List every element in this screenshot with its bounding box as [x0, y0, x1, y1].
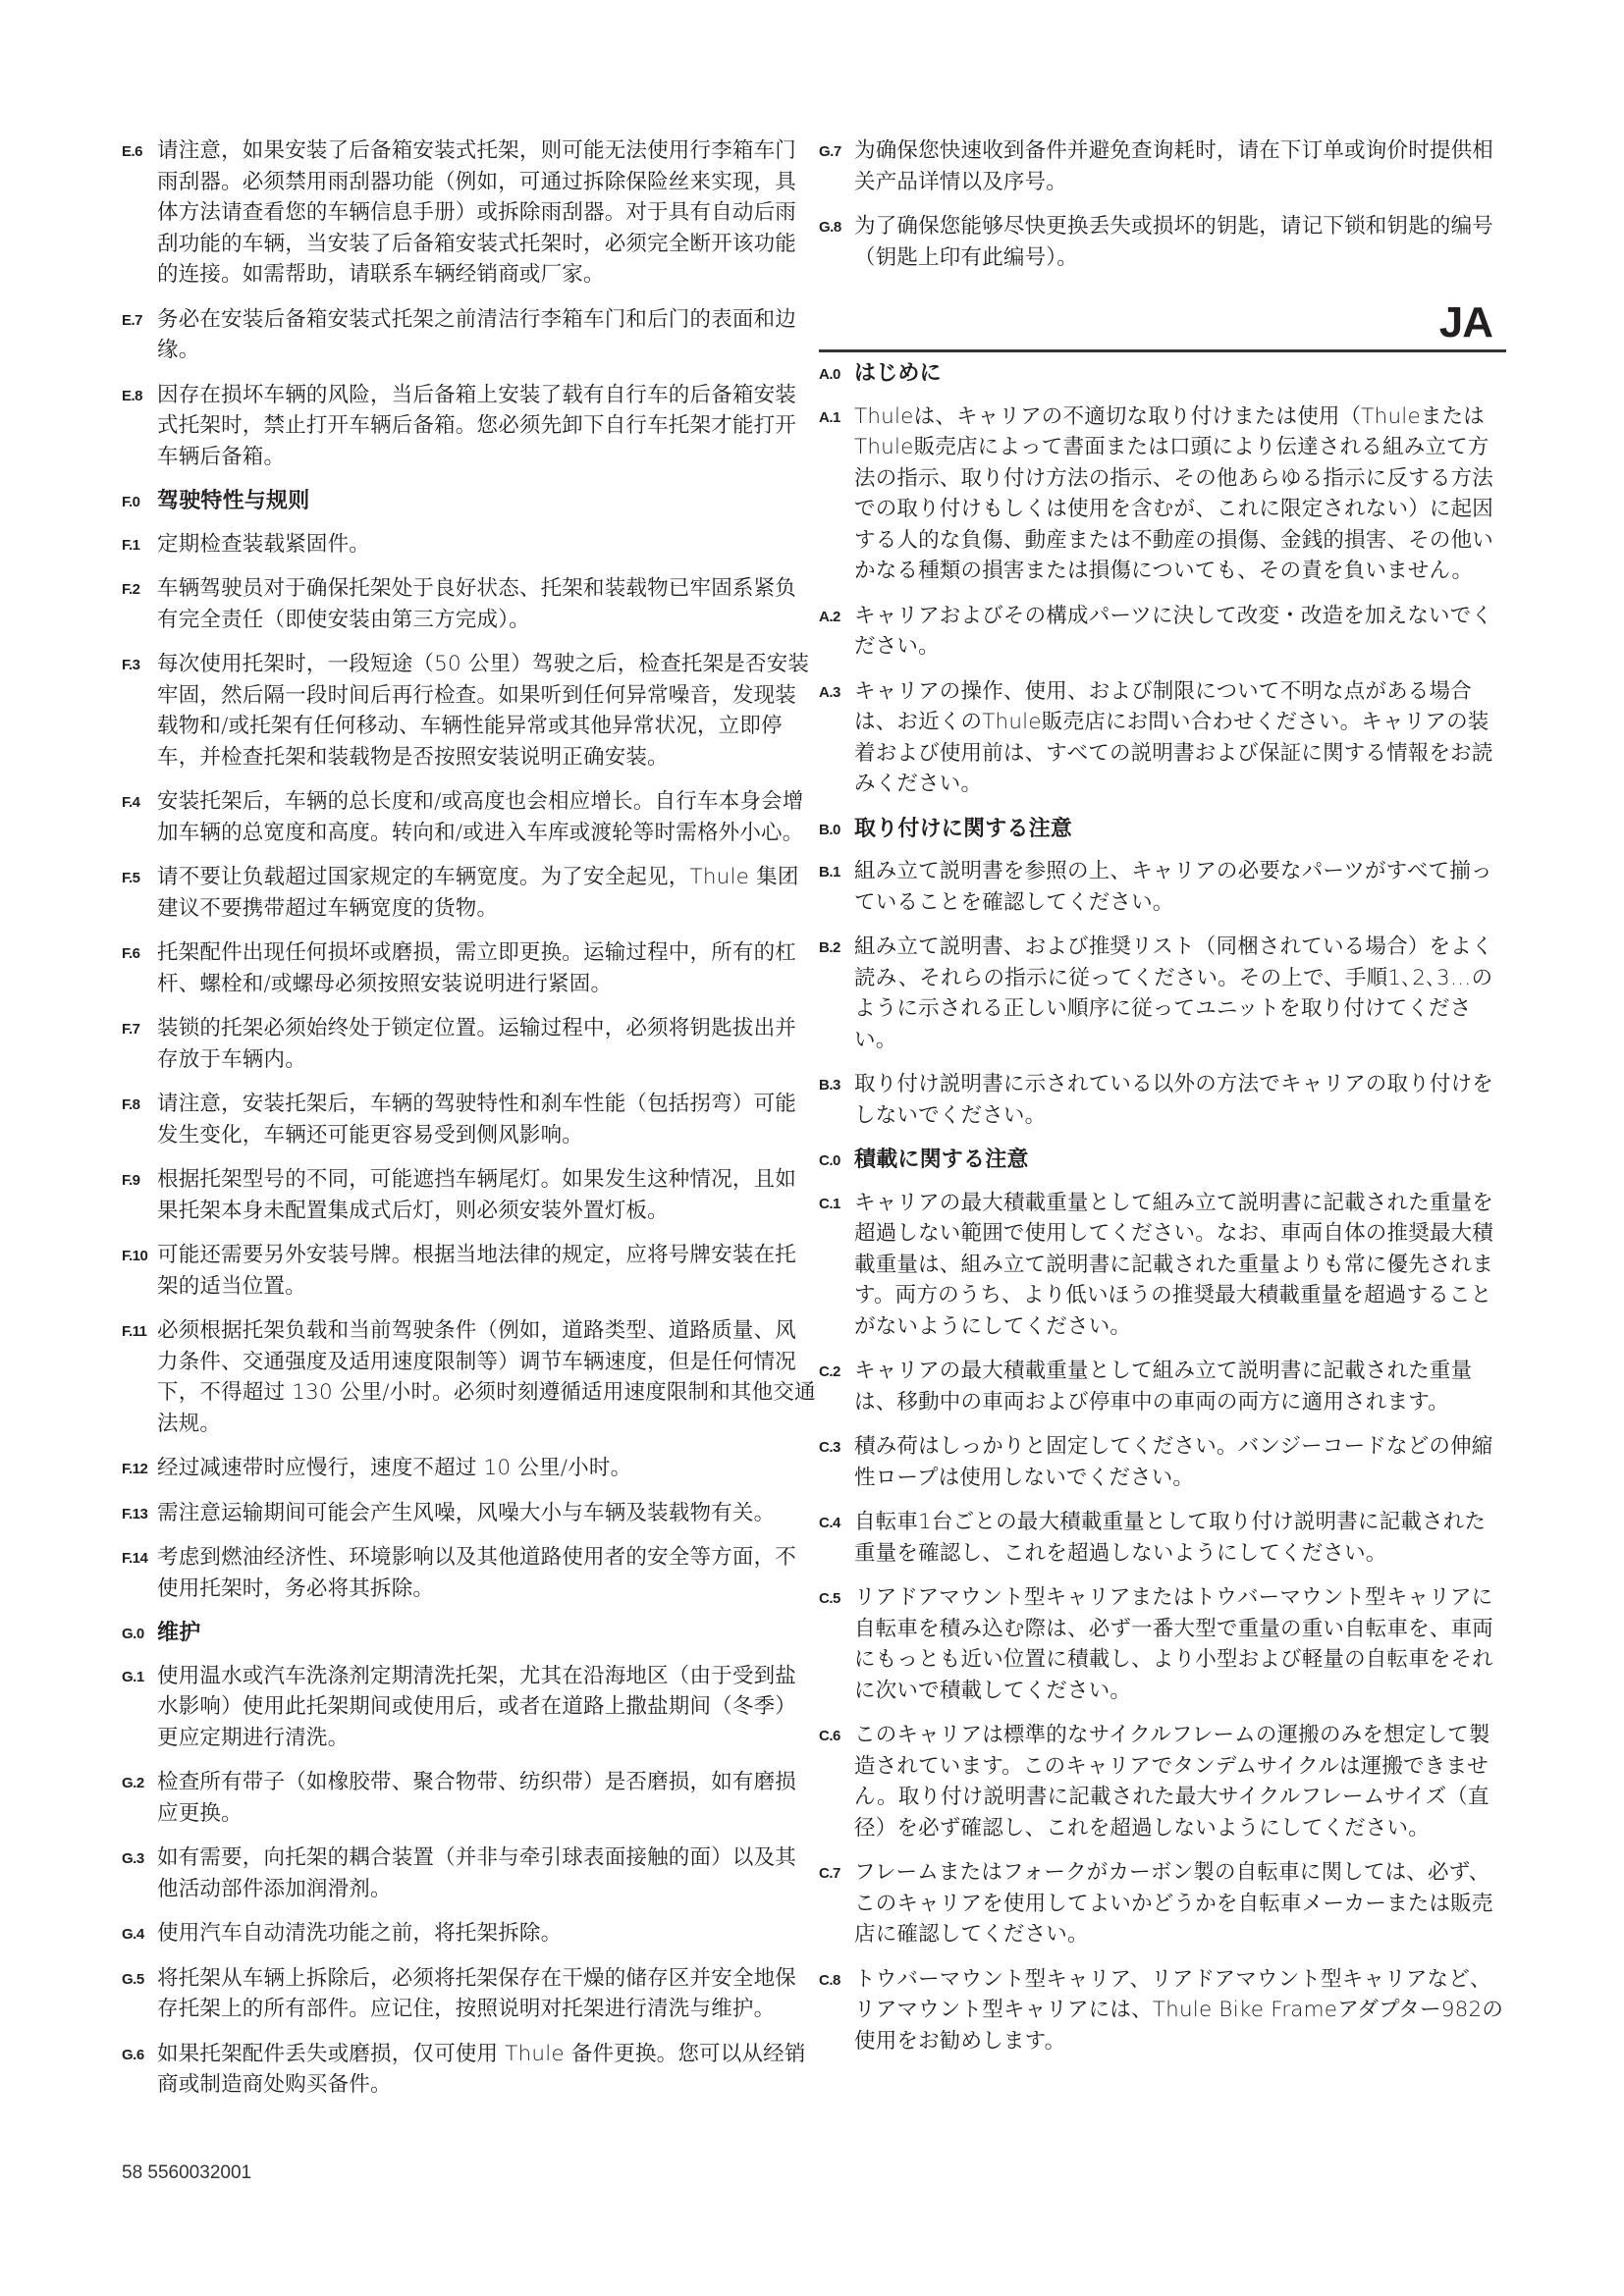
item-number: B.2: [819, 933, 840, 964]
item-number: E.8: [122, 381, 142, 412]
section-heading: C.0積載に関する注意: [819, 1145, 1506, 1176]
list-item: F.8请注意，安装托架后，车辆的驾驶特性和刹车性能（包括拐弯）可能发生变化，车辆…: [122, 1089, 817, 1150]
item-text: 因存在损坏车辆的风险，当后备箱上安装了载有自行车的后备箱安装式托架时，禁止打开车…: [157, 383, 796, 469]
item-text: 必须根据托架负载和当前驾驶条件（例如，道路类型、道路质量、风力条件、交通强度及适…: [157, 1318, 816, 1436]
item-number: F.11: [122, 1316, 147, 1348]
item-text: 安装托架后，车辆的总长度和/或高度也会相应增长。自行车本身会增加车辆的总宽度和高…: [157, 789, 803, 845]
item-text: 车辆驾驶员对于确保托架处于良好状态、托架和装载物已牢固系紧负有完全责任（即使安装…: [157, 576, 796, 632]
item-number: A.0: [819, 359, 840, 391]
item-number: F.7: [122, 1014, 140, 1045]
item-number: A.1: [819, 402, 840, 434]
item-number: F.1: [122, 530, 140, 561]
list-item: G.1使用温水或汽车洗涤剂定期清洗托架，尤其在沿海地区（由于受到盐水影响）使用此…: [122, 1661, 817, 1754]
item-text: 每次使用托架时，一段短途（50 公里）驾驶之后，检查托架是否安装牢固，然后隔一段…: [157, 652, 809, 770]
ja-section: A.0はじめにA.1Thuleは、キャリアの不適切な取り付けまたは使用（Thul…: [819, 358, 1506, 2056]
list-item: G.8为了确保您能够尽快更换丢失或损坏的钥匙，请记下锁和钥匙的编号（钥匙上印有此…: [819, 211, 1506, 273]
list-item: B.3取り付け説明書に示されている以外の方法でキャリアの取り付けをしないでくださ…: [819, 1069, 1506, 1131]
list-item: B.2組み立て説明書、および推奨リスト（同梱されている場合）をよく読み、それらの…: [819, 932, 1506, 1055]
item-number: E.6: [122, 136, 142, 168]
list-item: F.5请不要让负载超过国家规定的车辆宽度。为了安全起见，Thule 集团建议不要…: [122, 862, 817, 924]
item-number: C.8: [819, 1965, 840, 1997]
item-number: C.6: [819, 1721, 840, 1752]
language-code: JA: [1439, 298, 1492, 347]
item-text: 经过减速带时应慢行，速度不超过 10 公里/小时。: [157, 1456, 631, 1480]
item-number: G.3: [122, 1843, 144, 1875]
item-number: C.1: [819, 1189, 840, 1220]
item-number: F.9: [122, 1165, 140, 1197]
heading-text: 驾驶特性与规则: [157, 489, 309, 513]
list-item: G.2检查所有带子（如橡胶带、聚合物带、纺织带）是否磨损，如有磨损应更换。: [122, 1767, 817, 1829]
item-text: 可能还需要另外安装号牌。根据当地法律的规定，应将号牌安装在托架的适当位置。: [157, 1243, 796, 1299]
item-number: C.4: [819, 1508, 840, 1539]
item-text: 自転車1台ごとの最大積載重量として取り付け説明書に記載された重量を確認し、これを…: [854, 1510, 1486, 1566]
item-number: F.14: [122, 1543, 147, 1575]
item-number: C.5: [819, 1583, 840, 1615]
item-text: このキャリアは標準的なサイクルフレームの運搬のみを想定して製造されています。この…: [854, 1723, 1490, 1841]
item-text: 需注意运输期间可能会产生风噪，风噪大小与车辆及装载物有关。: [157, 1501, 775, 1525]
item-number: F.6: [122, 938, 140, 970]
item-number: G.6: [122, 2040, 144, 2071]
item-text: フレームまたはフォークがカーボン製の自転車に関しては、必ず、このキャリアを使用し…: [854, 1860, 1493, 1947]
list-item: F.3每次使用托架时，一段短途（50 公里）驾驶之后，检查托架是否安装牢固，然后…: [122, 649, 817, 773]
list-item: G.4使用汽车自动清洗功能之前，将托架拆除。: [122, 1918, 817, 1949]
item-number: F.0: [122, 487, 140, 518]
item-number: G.2: [122, 1768, 144, 1799]
item-number: A.3: [819, 677, 840, 709]
list-item: E.6请注意，如果安装了后备箱安装式托架，则可能无法使用行李箱车门雨刮器。必须禁…: [122, 135, 817, 291]
page-footer: 58 5560032001: [122, 2163, 251, 2184]
item-text: 如有需要，向托架的耦合装置（并非与牵引球表面接触的面）以及其他活动部件添加润滑剂…: [157, 1845, 796, 1901]
item-number: F.10: [122, 1241, 147, 1272]
item-number: C.3: [819, 1432, 840, 1464]
item-number: F.3: [122, 650, 140, 681]
list-item: C.4自転車1台ごとの最大積載重量として取り付け説明書に記載された重量を確認し、…: [819, 1507, 1506, 1569]
list-item: F.1定期检查装载紧固件。: [122, 529, 817, 561]
list-item: F.11必须根据托架负载和当前驾驶条件（例如，道路类型、道路质量、风力条件、交通…: [122, 1315, 817, 1439]
list-item: C.2キャリアの最大積載重量として組み立て説明書に記載された重量は、移動中の車両…: [819, 1356, 1506, 1417]
heading-text: はじめに: [854, 361, 942, 386]
item-text: 请注意，如果安装了后备箱安装式托架，则可能无法使用行李箱车门雨刮器。必须禁用雨刮…: [157, 138, 796, 287]
item-number: G.7: [819, 136, 841, 168]
language-section-header: JA: [819, 294, 1506, 352]
list-item: C.8トウバーマウント型キャリア、リアドアマウント型キャリアなど、リアマウント型…: [819, 1964, 1506, 2057]
item-number: F.4: [122, 787, 140, 819]
item-text: 使用汽车自动清洗功能之前，将托架拆除。: [157, 1921, 562, 1946]
item-text: 为了确保您能够尽快更换丢失或损坏的钥匙，请记下锁和钥匙的编号（钥匙上印有此编号）…: [854, 214, 1493, 270]
heading-text: 取り付けに関する注意: [854, 817, 1072, 841]
list-item: F.2车辆驾驶员对于确保托架处于良好状态、托架和装载物已牢固系紧负有完全责任（即…: [122, 573, 817, 635]
list-item: G.3如有需要，向托架的耦合装置（并非与牵引球表面接触的面）以及其他活动部件添加…: [122, 1842, 817, 1904]
item-text: 使用温水或汽车洗涤剂定期清洗托架，尤其在沿海地区（由于受到盐水影响）使用此托架期…: [157, 1664, 796, 1750]
item-text: 托架配件出现任何损坏或磨损，需立即更换。运输过程中，所有的杠杆、螺栓和/或螺母必…: [157, 940, 796, 996]
item-text: Thuleは、キャリアの不適切な取り付けまたは使用（ThuleまたはThule販…: [854, 404, 1493, 584]
list-item: G.5将托架从车辆上拆除后，必须将托架保存在干燥的储存区并安全地保存托架上的所有…: [122, 1963, 817, 2025]
list-item: C.3積み荷はしっかりと固定してください。バンジーコードなどの伸縮性ロープは使用…: [819, 1431, 1506, 1493]
item-number: C.2: [819, 1357, 840, 1388]
item-text: 取り付け説明書に示されている以外の方法でキャリアの取り付けをしないでください。: [854, 1072, 1493, 1128]
zh-continued-section: G.7为确保您快速收到备件并避免查询耗时，请在下订单或询价时提供相关产品详情以及…: [819, 135, 1506, 273]
item-number: C.0: [819, 1146, 840, 1177]
item-text: 将托架从车辆上拆除后，必须将托架保存在干燥的储存区并安全地保存托架上的所有部件。…: [157, 1966, 796, 2022]
list-item: C.7フレームまたはフォークがカーボン製の自転車に関しては、必ず、このキャリアを…: [819, 1857, 1506, 1950]
heading-text: 维护: [157, 1621, 200, 1645]
item-text: 如果托架配件丢失或磨损，仅可使用 Thule 备件更换。您可以从经销商或制造商处…: [157, 2042, 806, 2098]
list-item: F.7装锁的托架必须始终处于锁定位置。运输过程中，必须将钥匙拔出并存放于车辆内。: [122, 1013, 817, 1075]
item-number: F.12: [122, 1454, 147, 1485]
item-number: E.7: [122, 305, 142, 337]
list-item: C.1キャリアの最大積載重量として組み立て説明書に記載された重量を超過しない範囲…: [819, 1188, 1506, 1343]
section-heading: B.0取り付けに関する注意: [819, 814, 1506, 845]
list-item: B.1組み立て説明書を参照の上、キャリアの必要なパーツがすべて揃っていることを確…: [819, 856, 1506, 918]
list-item: F.9根据托架型号的不同，可能遮挡车辆尾灯。如果发生这种情况，且如果托架本身未配…: [122, 1164, 817, 1226]
item-number: B.0: [819, 815, 840, 846]
item-number: B.3: [819, 1070, 840, 1101]
item-text: 積み荷はしっかりと固定してください。バンジーコードなどの伸縮性ロープは使用しない…: [854, 1434, 1492, 1490]
list-item: C.6このキャリアは標準的なサイクルフレームの運搬のみを想定して製造されています…: [819, 1720, 1506, 1843]
item-text: トウバーマウント型キャリア、リアドアマウント型キャリアなど、リアマウント型キャリ…: [854, 1967, 1503, 2054]
item-number: G.4: [122, 1919, 144, 1950]
list-item: F.14考虑到燃油经济性、环境影响以及其他道路使用者的安全等方面，不使用托架时，…: [122, 1542, 817, 1604]
item-text: 組み立て説明書、および推奨リスト（同梱されている場合）をよく読み、それらの指示に…: [854, 934, 1493, 1052]
item-text: リアドアマウント型キャリアまたはトウバーマウント型キャリアに自転車を積み込む際は…: [854, 1585, 1493, 1703]
item-text: 为确保您快速收到备件并避免查询耗时，请在下订单或询价时提供相关产品详情以及序号。: [854, 138, 1493, 194]
left-column: E.6请注意，如果安装了后备箱安装式托架，则可能无法使用行李箱车门雨刮器。必须禁…: [122, 135, 817, 2114]
list-item: C.5リアドアマウント型キャリアまたはトウバーマウント型キャリアに自転車を積み込…: [819, 1582, 1506, 1706]
list-item: A.1Thuleは、キャリアの不適切な取り付けまたは使用（ThuleまたはThu…: [819, 401, 1506, 587]
list-item: G.6如果托架配件丢失或磨损，仅可使用 Thule 备件更换。您可以从经销商或制…: [122, 2039, 817, 2101]
item-text: キャリアおよびその構成パーツに決して改変・改造を加えないでください。: [854, 604, 1492, 660]
item-text: キャリアの最大積載重量として組み立て説明書に記載された重量を超過しない範囲で使用…: [854, 1191, 1493, 1339]
item-text: 定期检查装载紧固件。: [157, 532, 370, 557]
item-number: F.8: [122, 1090, 140, 1121]
item-text: 装锁的托架必须始终处于锁定位置。运输过程中，必须将钥匙拔出并存放于车辆内。: [157, 1016, 796, 1072]
item-text: 请不要让负载超过国家规定的车辆宽度。为了安全起见，Thule 集团建议不要携带超…: [157, 865, 799, 921]
list-item: F.6托架配件出现任何损坏或磨损，需立即更换。运输过程中，所有的杠杆、螺栓和/或…: [122, 937, 817, 999]
list-item: E.8因存在损坏车辆的风险，当后备箱上安装了载有自行车的后备箱安装式托架时，禁止…: [122, 380, 817, 473]
item-text: キャリアの操作、使用、および制限について不明な点がある場合は、お近くのThule…: [854, 679, 1493, 797]
item-text: 请注意，安装托架后，车辆的驾驶特性和刹车性能（包括拐弯）可能发生变化，车辆还可能…: [157, 1092, 796, 1148]
item-number: A.2: [819, 602, 840, 633]
item-number: G.8: [819, 212, 841, 243]
item-number: F.2: [122, 574, 140, 606]
item-number: B.1: [819, 857, 840, 888]
list-item: F.4安装托架后，车辆的总长度和/或高度也会相应增长。自行车本身会增加车辆的总宽…: [122, 786, 817, 848]
section-heading: F.0驾驶特性与规则: [122, 486, 817, 517]
list-item: F.13需注意运输期间可能会产生风噪，风噪大小与车辆及装载物有关。: [122, 1498, 817, 1529]
right-column: G.7为确保您快速收到备件并避免查询耗时，请在下订单或询价时提供相关产品详情以及…: [819, 135, 1506, 2070]
item-number: F.5: [122, 863, 140, 894]
item-text: 考虑到燃油经济性、环境影响以及其他道路使用者的安全等方面，不使用托架时，务必将其…: [157, 1545, 796, 1601]
list-item: G.7为确保您快速收到备件并避免查询耗时，请在下订单或询价时提供相关产品详情以及…: [819, 135, 1506, 197]
item-text: 检查所有带子（如橡胶带、聚合物带、纺织带）是否磨损，如有磨损应更换。: [157, 1770, 796, 1826]
list-item: F.12经过减速带时应慢行，速度不超过 10 公里/小时。: [122, 1453, 817, 1484]
list-item: E.7务必在安装后备箱安装式托架之前清洁行李箱车门和后门的表面和边缘。: [122, 304, 817, 366]
list-item: F.10可能还需要另外安装号牌。根据当地法律的规定，应将号牌安装在托架的适当位置…: [122, 1240, 817, 1302]
item-text: 务必在安装后备箱安装式托架之前清洁行李箱车门和后门的表面和边缘。: [157, 307, 796, 363]
heading-text: 積載に関する注意: [854, 1148, 1029, 1172]
item-number: G.0: [122, 1619, 144, 1650]
item-number: G.1: [122, 1662, 144, 1693]
item-number: G.5: [122, 1964, 144, 1996]
item-number: F.13: [122, 1499, 147, 1530]
item-number: C.7: [819, 1858, 840, 1890]
section-heading: A.0はじめに: [819, 358, 1506, 390]
item-text: 組み立て説明書を参照の上、キャリアの必要なパーツがすべて揃っていることを確認して…: [854, 859, 1492, 915]
item-text: 根据托架型号的不同，可能遮挡车辆尾灯。如果发生这种情况，且如果托架本身未配置集成…: [157, 1167, 796, 1223]
item-text: キャリアの最大積載重量として組み立て説明書に記載された重量は、移動中の車両および…: [854, 1359, 1472, 1415]
section-heading: G.0维护: [122, 1618, 817, 1649]
list-item: A.3キャリアの操作、使用、および制限について不明な点がある場合は、お近くのTh…: [819, 676, 1506, 800]
list-item: A.2キャリアおよびその構成パーツに決して改変・改造を加えないでください。: [819, 601, 1506, 663]
